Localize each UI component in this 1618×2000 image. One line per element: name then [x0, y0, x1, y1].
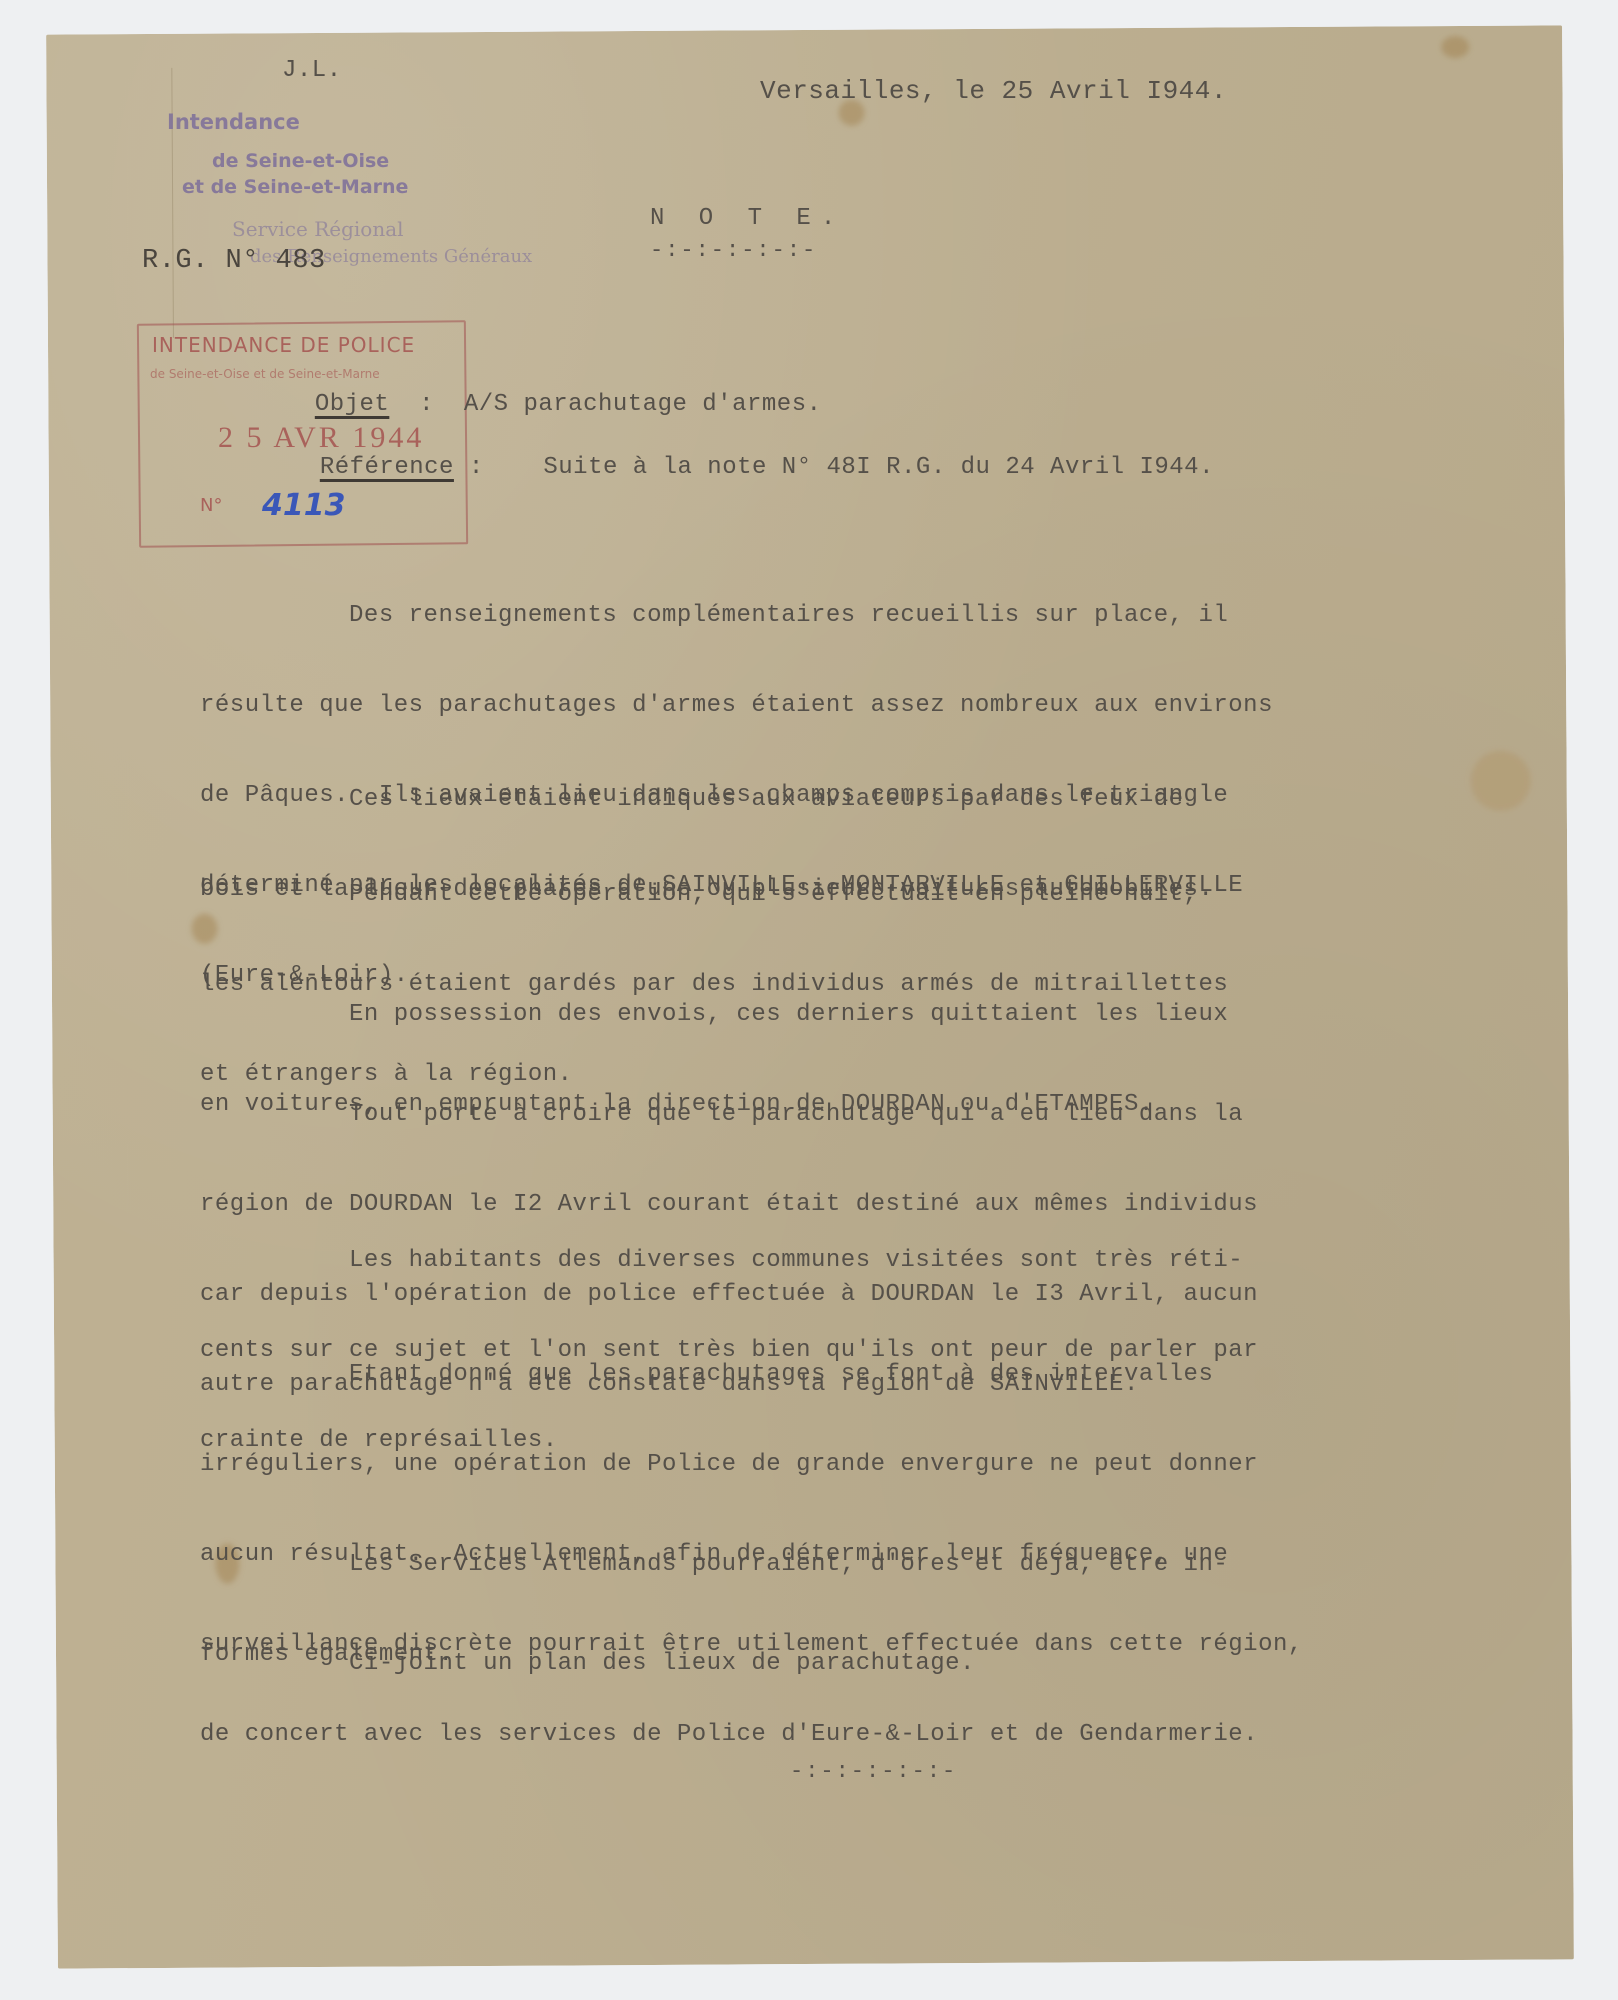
received-stamp-number-prefix: N°: [200, 495, 222, 516]
text-line: Tout porte à croire que le parachutage q…: [200, 1100, 1258, 1130]
text-line: résulte que les parachutages d'armes éta…: [200, 691, 1273, 721]
objet-value: A/S parachutage d'armes.: [464, 391, 822, 418]
paper-crease: [171, 68, 184, 338]
text-line: En possession des envois, ces derniers q…: [200, 1000, 1228, 1030]
text-line: Ci-joint un plan des lieux de parachutag…: [200, 1649, 975, 1679]
text-line: Les habitants des diverses communes visi…: [200, 1246, 1258, 1276]
reference-number: R.G. N° 483: [142, 246, 326, 276]
reference-label: Référence: [320, 454, 454, 481]
note-title-rule: -:-:-:-:-:-: [650, 236, 817, 266]
stamp-intendance-line3: et de Seine-et-Marne: [182, 176, 408, 198]
stain: [1441, 36, 1469, 58]
objet-label: Objet: [315, 391, 390, 418]
text-line: de concert avec les services de Police d…: [200, 1720, 1303, 1750]
text-line: irréguliers, une opération de Police de …: [200, 1450, 1303, 1480]
text-line: Des renseignements complémentaires recue…: [200, 601, 1273, 631]
text-line: Ces lieux étaient indiqués aux aviateurs…: [200, 785, 1213, 815]
note-title: N O T E.: [650, 204, 845, 234]
text-line: Les Services Allemands pourraient, d'ore…: [200, 1550, 1228, 1580]
reference-value: Suite à la note N° 48I R.G. du 24 Avril …: [543, 454, 1214, 481]
stamp-intendance-line2: de Seine-et-Oise: [212, 150, 389, 172]
closing-rule: -:-:-:-:-:-: [790, 1757, 957, 1787]
text-line: Etant donné que les parachutages se font…: [200, 1360, 1303, 1390]
handwritten-registry-number: 4113: [262, 488, 346, 523]
received-stamp-title: INTENDANCE DE POLICE: [152, 333, 415, 357]
stamp-intendance-line4: Service Régional: [232, 217, 404, 241]
stain: [1471, 751, 1531, 811]
text-line: Pendant cette opération, qui s'effectuai…: [200, 880, 1228, 910]
paragraph-9: Ci-joint un plan des lieux de parachutag…: [200, 1589, 975, 1709]
place-date: Versailles, le 25 Avril I944.: [760, 76, 1227, 106]
stamp-intendance-line1: Intendance: [167, 110, 300, 134]
initials: J.L.: [282, 56, 342, 86]
reference-row: Référence : Suite à la note N° 48I R.G. …: [290, 423, 1214, 483]
objet-row: Objet : A/S parachutage d'armes.: [285, 360, 822, 420]
